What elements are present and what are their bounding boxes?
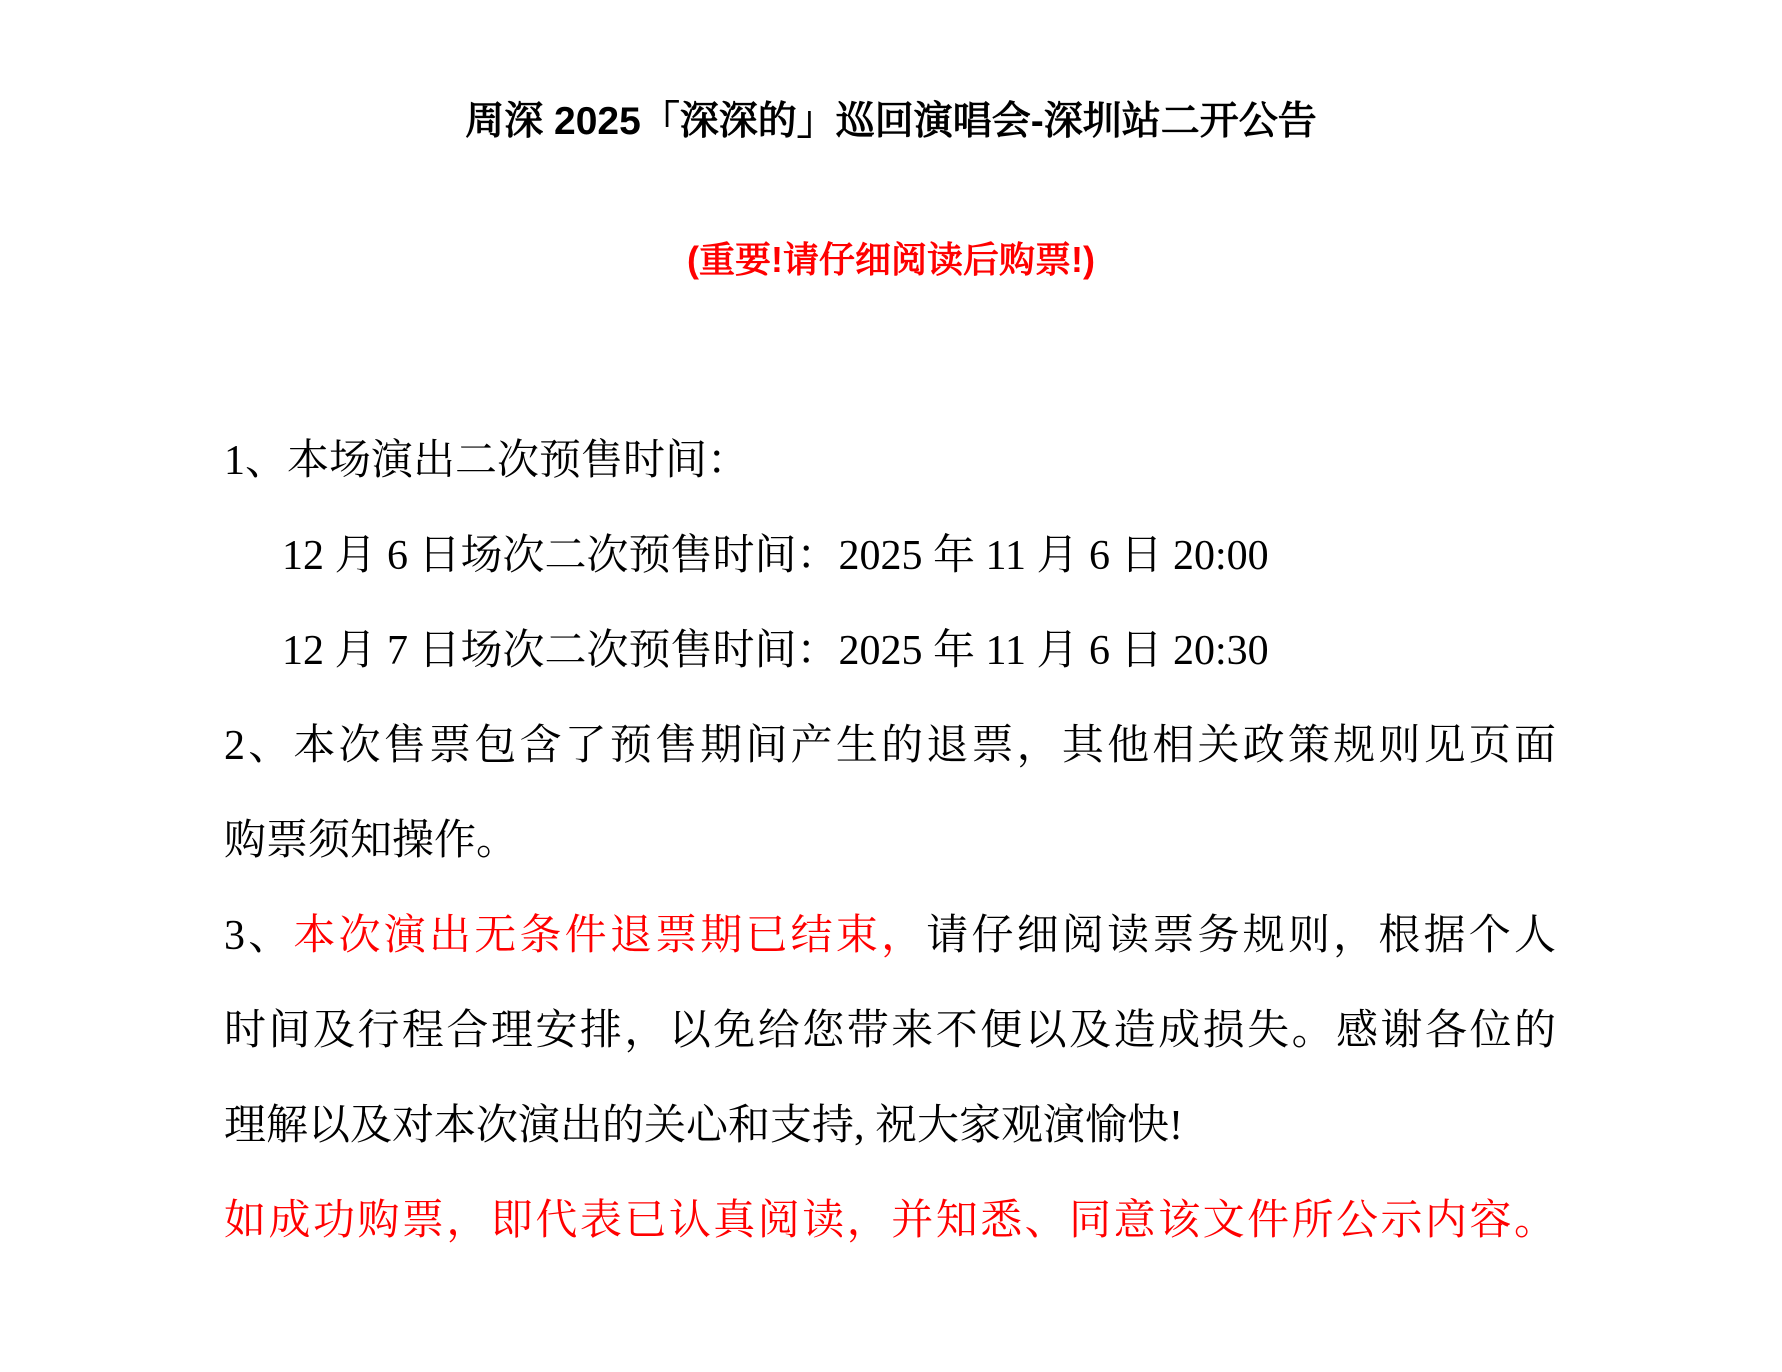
text-segment-black: 理解以及对本次演出的关心和支持, 祝大家观演愉快! [224, 1103, 1183, 1149]
paragraph-line: 3、本次演出无条件退票期已结束，请仔细阅读票务规则，根据个人 [224, 889, 1556, 984]
text-segment-black: 3、 [224, 913, 293, 959]
paragraph-line: 理解以及对本次演出的关心和支持, 祝大家观演愉快! [224, 1079, 1556, 1174]
text-segment-black: 1、本场演出二次预售时间： [224, 438, 749, 484]
text-segment-black: 时间及行程合理安排，以免给您带来不便以及造成损失。感谢各位的 [224, 1008, 1556, 1054]
paragraph-line: 2、本次售票包含了预售期间产生的退票，其他相关政策规则见页面 [224, 699, 1556, 794]
text-segment-black: 12 月 6 日场次二次预售时间：2025 年 11 月 6 日 20:00 [282, 533, 1269, 579]
text-segment-red: 本次演出无条件退票期已结束， [293, 913, 926, 959]
paragraph-line: 购票须知操作。 [224, 794, 1556, 889]
paragraph-line: 12 月 7 日场次二次预售时间：2025 年 11 月 6 日 20:30 [224, 604, 1556, 699]
text-segment-black: 请仔细阅读票务规则，根据个人 [926, 913, 1556, 959]
text-segment-black: 购票须知操作。 [224, 818, 518, 864]
text-segment-red: 如成功购票，即代表已认真阅读，并知悉、同意该文件所公示内容。 [224, 1198, 1556, 1244]
paragraph-line: 1、本场演出二次预售时间： [224, 414, 1556, 509]
paragraph-line: 时间及行程合理安排，以免给您带来不便以及造成损失。感谢各位的 [224, 984, 1556, 1079]
paragraph-line: 如成功购票，即代表已认真阅读，并知悉、同意该文件所公示内容。 [224, 1174, 1556, 1269]
document-subtitle-warning: (重要!请仔细阅读后购票!) [0, 238, 1782, 282]
paragraph-line: 12 月 6 日场次二次预售时间：2025 年 11 月 6 日 20:00 [224, 509, 1556, 604]
document-title: 周深 2025「深深的」巡回演唱会-深圳站二开公告 [0, 0, 1782, 148]
text-segment-black: 12 月 7 日场次二次预售时间：2025 年 11 月 6 日 20:30 [282, 628, 1269, 674]
document-body: 1、本场演出二次预售时间：12 月 6 日场次二次预售时间：2025 年 11 … [0, 414, 1782, 1269]
announcement-document: 周深 2025「深深的」巡回演唱会-深圳站二开公告 (重要!请仔细阅读后购票!)… [0, 0, 1782, 1372]
text-segment-black: 2、本次售票包含了预售期间产生的退票，其他相关政策规则见页面 [224, 723, 1556, 769]
